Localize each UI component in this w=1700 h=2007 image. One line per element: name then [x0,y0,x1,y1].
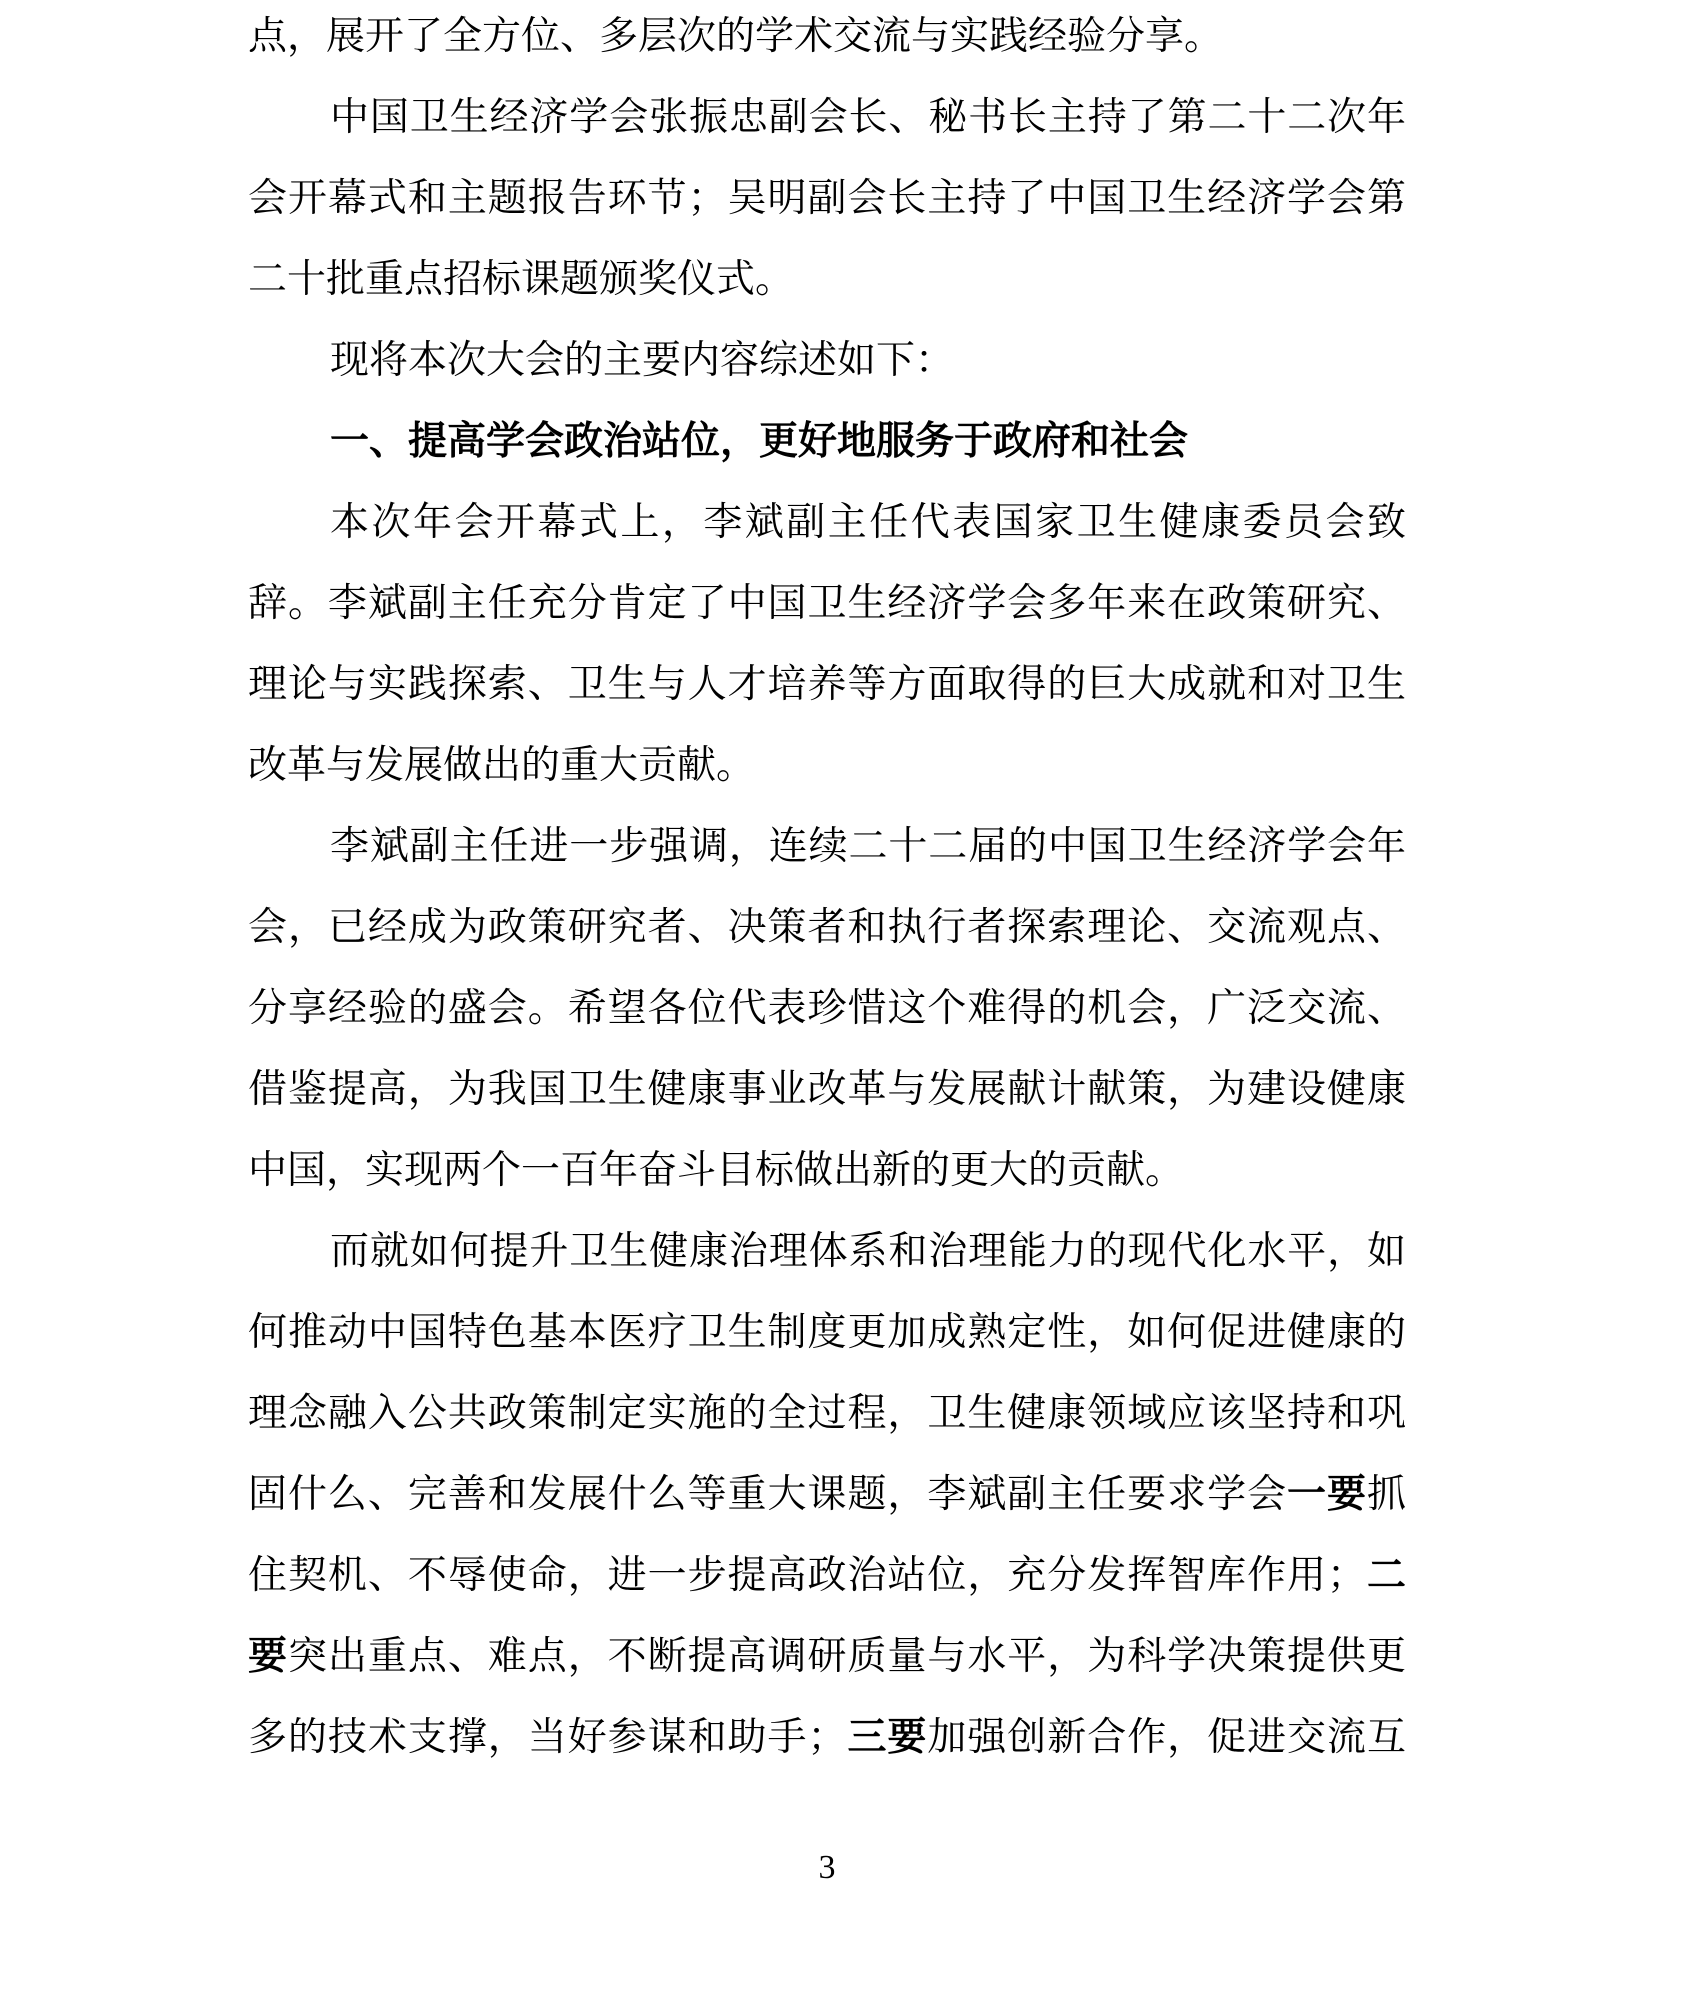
bold-text-segment: 要 [248,1635,288,1678]
text-segment: 二十批重点招标课题颁奖仪式。 [248,258,794,301]
bold-text-segment: 二 [1366,1554,1406,1597]
text-line: 多的技术支撑，当好参谋和助手；三要加强创新合作，促进交流互 [248,1697,1406,1778]
text-segment: 分享经验的盛会。希望各位代表珍惜这个难得的机会，广泛交流、 [248,987,1406,1030]
text-line: 住契机、不辱使命，进一步提高政治站位，充分发挥智库作用；二 [248,1535,1406,1616]
text-line: 理论与实践探索、卫生与人才培养等方面取得的巨大成就和对卫生 [248,644,1406,725]
text-segment: 会开幕式和主题报告环节；吴明副会长主持了中国卫生经济学会第 [248,177,1406,220]
text-line: 中国，实现两个一百年奋斗目标做出新的更大的贡献。 [248,1130,1406,1211]
text-segment: 固什么、完善和发展什么等重大课题，李斌副主任要求学会 [248,1473,1287,1516]
bold-text-segment: 三要 [846,1716,927,1759]
document-body: 点，展开了全方位、多层次的学术交流与实践经验分享。中国卫生经济学会张振忠副会长、… [248,0,1406,1778]
text-line: 分享经验的盛会。希望各位代表珍惜这个难得的机会，广泛交流、 [248,968,1406,1049]
text-segment: 抓 [1367,1473,1406,1516]
document-page: 点，展开了全方位、多层次的学术交流与实践经验分享。中国卫生经济学会张振忠副会长、… [0,0,1700,2007]
text-line: 本次年会开幕式上，李斌副主任代表国家卫生健康委员会致 [248,482,1406,563]
text-line: 辞。李斌副主任充分肯定了中国卫生经济学会多年来在政策研究、 [248,563,1406,644]
text-segment: 理论与实践探索、卫生与人才培养等方面取得的巨大成就和对卫生 [248,663,1406,706]
text-segment: 中国，实现两个一百年奋斗目标做出新的更大的贡献。 [248,1149,1184,1192]
text-line: 中国卫生经济学会张振忠副会长、秘书长主持了第二十二次年 [248,77,1406,158]
text-segment: 李斌副主任进一步强调，连续二十二届的中国卫生经济学会年 [330,825,1406,868]
section-heading: 一、提高学会政治站位，更好地服务于政府和社会 [248,401,1406,482]
text-segment: 点，展开了全方位、多层次的学术交流与实践经验分享。 [248,15,1223,58]
text-segment: 现将本次大会的主要内容综述如下： [330,339,954,382]
text-segment: 突出重点、难点，不断提高调研质量与水平，为科学决策提供更 [288,1635,1406,1678]
text-line: 点，展开了全方位、多层次的学术交流与实践经验分享。 [248,0,1406,77]
text-segment: 借鉴提高，为我国卫生健康事业改革与发展献计献策，为建设健康 [248,1068,1406,1111]
text-segment: 而就如何提升卫生健康治理体系和治理能力的现代化水平，如 [330,1230,1406,1273]
bold-text-segment: 一、提高学会政治站位，更好地服务于政府和社会 [330,420,1188,463]
text-segment: 辞。李斌副主任充分肯定了中国卫生经济学会多年来在政策研究、 [248,582,1406,625]
text-line: 现将本次大会的主要内容综述如下： [248,320,1406,401]
text-line: 何推动中国特色基本医疗卫生制度更加成熟定性，如何促进健康的 [248,1292,1406,1373]
page-number: 3 [248,1846,1406,1890]
text-segment: 本次年会开幕式上，李斌副主任代表国家卫生健康委员会致 [330,501,1406,544]
text-line: 固什么、完善和发展什么等重大课题，李斌副主任要求学会一要抓 [248,1454,1406,1535]
text-segment: 加强创新合作，促进交流互 [927,1716,1406,1759]
text-segment: 改革与发展做出的重大贡献。 [248,744,755,787]
text-line: 会开幕式和主题报告环节；吴明副会长主持了中国卫生经济学会第 [248,158,1406,239]
text-line: 会，已经成为政策研究者、决策者和执行者探索理论、交流观点、 [248,887,1406,968]
text-segment: 多的技术支撑，当好参谋和助手； [248,1716,846,1759]
text-line: 要突出重点、难点，不断提高调研质量与水平，为科学决策提供更 [248,1616,1406,1697]
text-segment: 中国卫生经济学会张振忠副会长、秘书长主持了第二十二次年 [330,96,1406,139]
text-segment: 何推动中国特色基本医疗卫生制度更加成熟定性，如何促进健康的 [248,1311,1406,1354]
text-segment: 住契机、不辱使命，进一步提高政治站位，充分发挥智库作用； [248,1554,1366,1597]
bold-text-segment: 一要 [1287,1473,1367,1516]
text-line: 改革与发展做出的重大贡献。 [248,725,1406,806]
text-line: 借鉴提高，为我国卫生健康事业改革与发展献计献策，为建设健康 [248,1049,1406,1130]
text-line: 二十批重点招标课题颁奖仪式。 [248,239,1406,320]
text-line: 李斌副主任进一步强调，连续二十二届的中国卫生经济学会年 [248,806,1406,887]
text-line: 理念融入公共政策制定实施的全过程，卫生健康领域应该坚持和巩 [248,1373,1406,1454]
text-segment: 理念融入公共政策制定实施的全过程，卫生健康领域应该坚持和巩 [248,1392,1406,1435]
text-segment: 会，已经成为政策研究者、决策者和执行者探索理论、交流观点、 [248,906,1406,949]
text-line: 而就如何提升卫生健康治理体系和治理能力的现代化水平，如 [248,1211,1406,1292]
